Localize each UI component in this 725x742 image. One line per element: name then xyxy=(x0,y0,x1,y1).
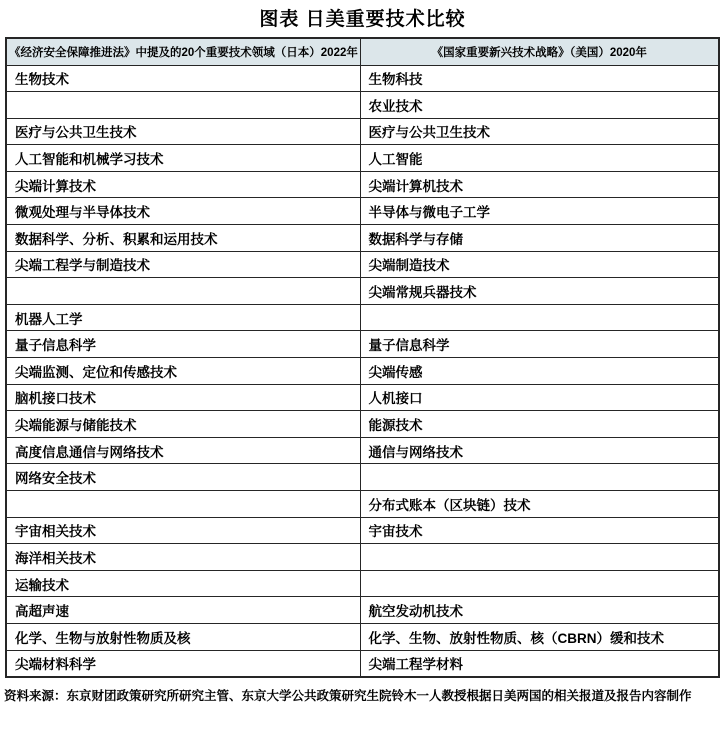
comparison-table: 《经济安全保障推进法》中提及的20个重要技术领域（日本）2022年 《国家重要新… xyxy=(5,37,720,678)
table-row: 生物技术生物科技 xyxy=(6,65,719,92)
table-row: 尖端监测、定位和传感技术尖端传感 xyxy=(6,358,719,385)
cell-japan: 化学、生物与放射性物质及核 xyxy=(6,623,360,650)
cell-us: 量子信息科学 xyxy=(360,331,719,358)
table-row: 高超声速航空发动机技术 xyxy=(6,597,719,624)
cell-us: 医疗与公共卫生技术 xyxy=(360,118,719,145)
table-row: 网络安全技术 xyxy=(6,464,719,491)
table-row: 医疗与公共卫生技术医疗与公共卫生技术 xyxy=(6,118,719,145)
table-row: 尖端工程学与制造技术尖端制造技术 xyxy=(6,251,719,278)
cell-us: 尖端工程学材料 xyxy=(360,650,719,677)
cell-japan: 网络安全技术 xyxy=(6,464,360,491)
cell-us: 尖端制造技术 xyxy=(360,251,719,278)
table-row: 运输技术 xyxy=(6,570,719,597)
column-header-japan: 《经济安全保障推进法》中提及的20个重要技术领域（日本）2022年 xyxy=(6,38,360,65)
cell-us xyxy=(360,304,719,331)
table-row: 海洋相关技术 xyxy=(6,544,719,571)
table-body: 生物技术生物科技农业技术医疗与公共卫生技术医疗与公共卫生技术人工智能和机械学习技… xyxy=(6,65,719,677)
cell-japan: 尖端材料科学 xyxy=(6,650,360,677)
cell-us: 农业技术 xyxy=(360,92,719,119)
table-header: 《经济安全保障推进法》中提及的20个重要技术领域（日本）2022年 《国家重要新… xyxy=(6,38,719,65)
cell-japan: 尖端监测、定位和传感技术 xyxy=(6,358,360,385)
cell-japan: 运输技术 xyxy=(6,570,360,597)
cell-japan: 高度信息通信与网络技术 xyxy=(6,437,360,464)
table-row: 脑机接口技术人机接口 xyxy=(6,384,719,411)
cell-japan: 脑机接口技术 xyxy=(6,384,360,411)
cell-us xyxy=(360,570,719,597)
cell-japan: 微观处理与半导体技术 xyxy=(6,198,360,225)
cell-japan: 尖端能源与储能技术 xyxy=(6,411,360,438)
cell-japan: 尖端工程学与制造技术 xyxy=(6,251,360,278)
cell-us: 通信与网络技术 xyxy=(360,437,719,464)
table-row: 尖端材料科学尖端工程学材料 xyxy=(6,650,719,677)
cell-japan xyxy=(6,278,360,305)
cell-us: 能源技术 xyxy=(360,411,719,438)
table-row: 化学、生物与放射性物质及核化学、生物、放射性物质、核（CBRN）缓和技术 xyxy=(6,623,719,650)
table-row: 微观处理与半导体技术半导体与微电子工学 xyxy=(6,198,719,225)
cell-us: 数据科学与存储 xyxy=(360,225,719,252)
source-note: 资料来源：东京财团政策研究所研究主管、东京大学公共政策研究生院铃木一人教授根据日… xyxy=(4,686,725,704)
table-row: 尖端常规兵器技术 xyxy=(6,278,719,305)
figure-page: 图表 日美重要技术比较 《经济安全保障推进法》中提及的20个重要技术领域（日本）… xyxy=(0,0,725,742)
cell-japan xyxy=(6,92,360,119)
table-row: 量子信息科学量子信息科学 xyxy=(6,331,719,358)
cell-japan: 量子信息科学 xyxy=(6,331,360,358)
cell-us: 人机接口 xyxy=(360,384,719,411)
cell-us: 生物科技 xyxy=(360,65,719,92)
cell-us: 人工智能 xyxy=(360,145,719,172)
cell-japan: 数据科学、分析、积累和运用技术 xyxy=(6,225,360,252)
cell-japan: 医疗与公共卫生技术 xyxy=(6,118,360,145)
cell-us: 分布式账本（区块链）技术 xyxy=(360,491,719,518)
table-row: 尖端能源与储能技术能源技术 xyxy=(6,411,719,438)
page-title: 图表 日美重要技术比较 xyxy=(0,0,725,31)
cell-japan: 宇宙相关技术 xyxy=(6,517,360,544)
cell-us: 航空发动机技术 xyxy=(360,597,719,624)
cell-japan xyxy=(6,491,360,518)
cell-us: 尖端传感 xyxy=(360,358,719,385)
cell-us: 尖端常规兵器技术 xyxy=(360,278,719,305)
cell-japan: 海洋相关技术 xyxy=(6,544,360,571)
table-row: 宇宙相关技术宇宙技术 xyxy=(6,517,719,544)
cell-japan: 高超声速 xyxy=(6,597,360,624)
cell-japan: 人工智能和机械学习技术 xyxy=(6,145,360,172)
cell-us: 宇宙技术 xyxy=(360,517,719,544)
table-row: 农业技术 xyxy=(6,92,719,119)
cell-us: 化学、生物、放射性物质、核（CBRN）缓和技术 xyxy=(360,623,719,650)
cell-japan: 尖端计算技术 xyxy=(6,171,360,198)
header-row: 《经济安全保障推进法》中提及的20个重要技术领域（日本）2022年 《国家重要新… xyxy=(6,38,719,65)
cell-japan: 生物技术 xyxy=(6,65,360,92)
cell-us: 半导体与微电子工学 xyxy=(360,198,719,225)
table-row: 人工智能和机械学习技术人工智能 xyxy=(6,145,719,172)
cell-us: 尖端计算机技术 xyxy=(360,171,719,198)
column-header-us: 《国家重要新兴技术战略》（美国）2020年 xyxy=(360,38,719,65)
table-row: 数据科学、分析、积累和运用技术数据科学与存储 xyxy=(6,225,719,252)
cell-japan: 机器人工学 xyxy=(6,304,360,331)
table-row: 分布式账本（区块链）技术 xyxy=(6,491,719,518)
table-row: 尖端计算技术尖端计算机技术 xyxy=(6,171,719,198)
table-row: 高度信息通信与网络技术通信与网络技术 xyxy=(6,437,719,464)
table-row: 机器人工学 xyxy=(6,304,719,331)
cell-us xyxy=(360,464,719,491)
cell-us xyxy=(360,544,719,571)
